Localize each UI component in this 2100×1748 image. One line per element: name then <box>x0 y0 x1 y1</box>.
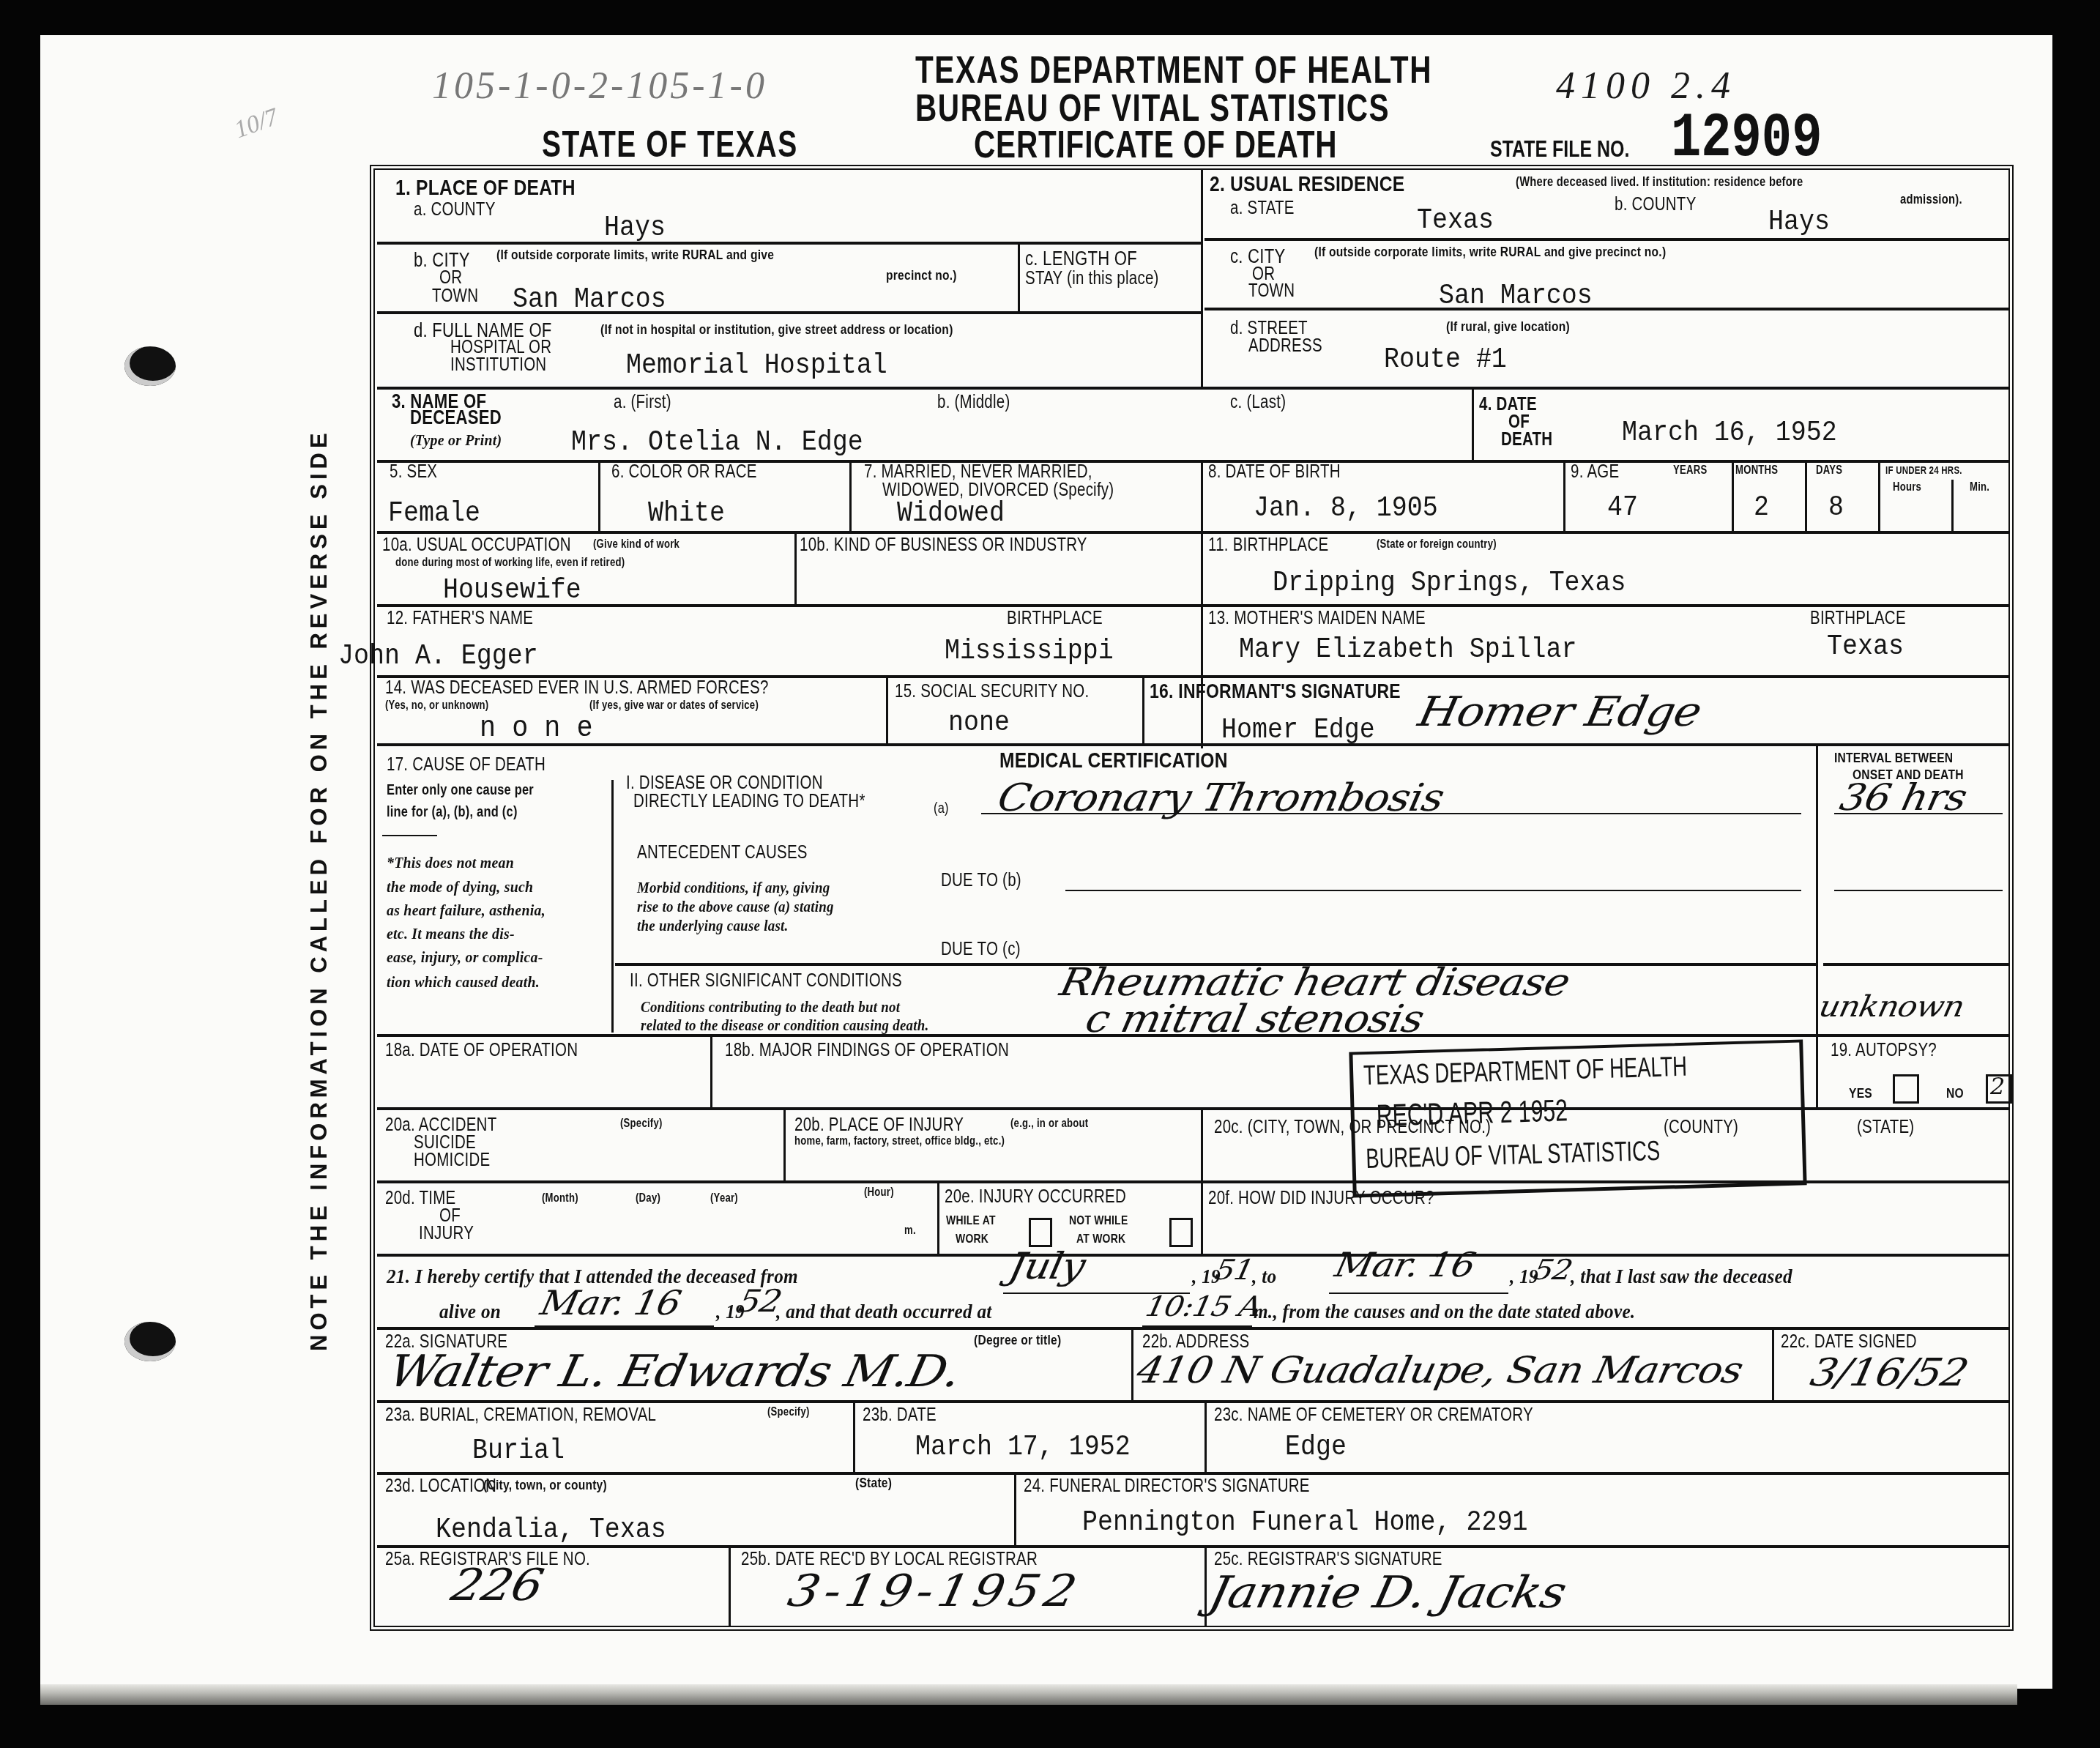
page-title: CERTIFICATE OF DEATH <box>974 123 1337 167</box>
morbid-hint: Morbid conditions, if any, giving <box>637 879 830 897</box>
burial-location-hint: (City, town, or county) <box>483 1478 607 1494</box>
other-conditions-value2: c mitral stenosis <box>1081 997 1427 1041</box>
residence-label: 2. USUAL RESIDENCE <box>1210 172 1404 197</box>
not-while-at-work-label: NOT WHILE <box>1069 1213 1128 1228</box>
place-of-death-label: 1. PLACE OF DEATH <box>395 176 576 201</box>
mother-birthplace-label: BIRTHPLACE <box>1810 608 1906 629</box>
certify-line2-d: m., from the causes and on the date stat… <box>1254 1301 1635 1324</box>
cause-hint2: line for (a), (b), and (c) <box>387 804 518 821</box>
mother-name-value: Mary Elizabeth Spillar <box>1239 634 1577 666</box>
length-of-stay-label: c. LENGTH OF <box>1025 248 1137 270</box>
death-city-hint: (If outside corporate limits, write RURA… <box>496 248 774 264</box>
injury-place-hint2: home, farm, factory, street, office bldg… <box>794 1135 1005 1148</box>
cause-a-value: Coronary Thrombosis <box>994 776 1448 820</box>
morbid-hint2: rise to the above cause (a) stating <box>637 898 834 916</box>
street-address-value: Route #1 <box>1384 344 1507 376</box>
death-county-label: a. COUNTY <box>414 199 496 220</box>
degree-title-label: (Degree or title) <box>974 1333 1061 1349</box>
injury-type-specify: (Specify) <box>620 1117 663 1131</box>
age-months-value: 2 <box>1754 492 1769 524</box>
injury-m-label: m. <box>904 1224 916 1238</box>
ssn-value: none <box>948 707 1010 739</box>
reverse-side-note: NOTE THE INFORMATION CALLED FOR ON THE R… <box>306 428 332 1351</box>
burial-date-value: March 17, 1952 <box>915 1432 1131 1463</box>
punch-hole-top <box>124 346 176 386</box>
sex-label: 5. SEX <box>390 461 437 483</box>
certify-line1-e: , that I last saw the deceased <box>1571 1265 1792 1289</box>
injury-year-label: (Year) <box>710 1192 738 1205</box>
cause-note-4: etc. It means the dis- <box>387 924 515 943</box>
autopsy-yes-checkbox[interactable] <box>1893 1074 1919 1104</box>
date-of-death-label3: DEATH <box>1501 429 1552 450</box>
street-address-label2: ADDRESS <box>1248 335 1322 357</box>
registrar-file-value: 226 <box>447 1560 548 1611</box>
injury-occurred-label: 20e. INJURY OCCURRED <box>945 1186 1126 1208</box>
burial-state-hint: (State) <box>855 1476 892 1492</box>
injury-type-label3: HOMICIDE <box>414 1150 490 1171</box>
last-name-label: c. (Last) <box>1230 392 1286 413</box>
mother-birthplace-value: Texas <box>1827 631 1904 663</box>
middle-name-label: b. (Middle) <box>937 392 1010 413</box>
burial-location-label: 23d. LOCATION <box>385 1476 496 1497</box>
residence-city-value: San Marcos <box>1439 280 1593 312</box>
certify-line1-c: , to <box>1252 1265 1276 1289</box>
occupation-label: 10a. USUAL OCCUPATION <box>382 535 571 556</box>
certify-line2-a: alive on <box>439 1301 501 1324</box>
age-years-value: 47 <box>1607 492 1638 524</box>
date-signed-label: 22c. DATE SIGNED <box>1781 1331 1917 1353</box>
operation-findings-label: 18b. MAJOR FINDINGS OF OPERATION <box>725 1040 1009 1061</box>
operation-date-label: 18a. DATE OF OPERATION <box>385 1040 578 1061</box>
age-days-label: DAYS <box>1816 464 1842 477</box>
injury-place-label: 20b. PLACE OF INJURY <box>794 1115 964 1136</box>
other-conditions-label: II. OTHER SIGNIFICANT CONDITIONS <box>630 970 902 992</box>
handwritten-reference: 4100 2.4 <box>1556 64 1736 108</box>
hours-label: Hours <box>1893 481 1921 494</box>
residence-state-value: Texas <box>1417 205 1494 237</box>
institution-value: Memorial Hospital <box>626 350 887 382</box>
date-of-birth-value: Jan. 8, 1905 <box>1254 493 1438 524</box>
street-address-hint: (If rural, give location) <box>1446 319 1570 335</box>
certify-line2-c: , and that death occurred at <box>776 1301 992 1324</box>
residence-city-hint: (If outside corporate limits, write RURA… <box>1314 245 1666 261</box>
physician-address-value: 410 N Guadalupe, San Marcos <box>1133 1349 1747 1391</box>
check-mark-icon: 2 <box>1990 1072 2005 1100</box>
institution-label3: INSTITUTION <box>450 354 546 376</box>
header-state: STATE OF TEXAS <box>542 123 798 165</box>
residence-county-value: Hays <box>1768 207 1830 238</box>
father-name-value: John A. Egger <box>338 641 538 672</box>
residence-city-label-town: TOWN <box>1248 280 1295 302</box>
medical-certification-title: MEDICAL CERTIFICATION <box>999 748 1228 773</box>
attended-from-year: 51 <box>1213 1254 1256 1286</box>
cause-note-6: tion which caused death. <box>387 972 540 992</box>
state-file-label: STATE FILE NO. <box>1490 135 1629 163</box>
while-at-work-label: WHILE AT <box>946 1213 996 1228</box>
interval-label: INTERVAL BETWEEN <box>1834 751 1953 767</box>
funeral-director-label: 24. FUNERAL DIRECTOR'S SIGNATURE <box>1024 1476 1310 1497</box>
header-department: TEXAS DEPARTMENT OF HEALTH <box>915 48 1432 92</box>
birthplace-hint: (State or foreign country) <box>1377 538 1497 551</box>
under-24-label: IF UNDER 24 HRS. <box>1885 464 1962 476</box>
death-time-value: 10:15 A <box>1143 1290 1265 1323</box>
autopsy-no-checkbox[interactable]: 2 <box>1986 1074 2012 1104</box>
last-seen-date: Mar. 16 <box>537 1283 685 1323</box>
burial-type-value: Burial <box>472 1435 565 1467</box>
injury-hour-label: (Hour) <box>864 1186 894 1200</box>
registrar-signature: Jannie D. Jacks <box>1204 1567 1571 1618</box>
due-to-b-label: DUE TO (b) <box>941 870 1021 891</box>
morbid-hint3: the underlying cause last. <box>637 917 789 935</box>
injury-state-label: (STATE) <box>1857 1117 1914 1138</box>
burial-date-label: 23b. DATE <box>863 1405 937 1426</box>
cause-note-3: as heart failure, asthenia, <box>387 901 546 920</box>
state-file-number: 12909 <box>1671 103 1822 174</box>
armed-forces-hint: (Yes, no, or unknown) <box>385 699 488 713</box>
birthplace-label: 11. BIRTHPLACE <box>1208 535 1328 556</box>
not-while-at-work-checkbox[interactable] <box>1169 1218 1193 1247</box>
autopsy-yes-label: YES <box>1849 1086 1872 1102</box>
not-while-at-work-label2: AT WORK <box>1076 1232 1125 1246</box>
interval-other-value: unknown <box>1816 990 1967 1024</box>
autopsy-label: 19. AUTOPSY? <box>1831 1040 1937 1061</box>
while-at-work-label2: WORK <box>956 1232 988 1246</box>
physician-signature: Walter L. Edwards M.D. <box>384 1346 964 1397</box>
burial-location-value: Kendalia, Texas <box>436 1514 666 1546</box>
ssn-label: 15. SOCIAL SECURITY NO. <box>895 681 1089 702</box>
attended-to-year: 52 <box>1531 1254 1575 1286</box>
first-name-label: a. (First) <box>614 392 671 413</box>
injury-month-label: (Month) <box>542 1192 578 1205</box>
race-label: 6. COLOR OR RACE <box>611 461 757 483</box>
how-injury-label: 20f. HOW DID INJURY OCCUR? <box>1208 1188 1434 1209</box>
institution-hint: (If not in hospital or institution, give… <box>600 322 953 338</box>
burial-type-label: 23a. BURIAL, CREMATION, REMOVAL <box>385 1405 656 1426</box>
other-conditions-hint2: related to the disease or condition caus… <box>641 1016 929 1035</box>
armed-forces-label: 14. WAS DECEASED EVER IN U.S. ARMED FORC… <box>385 677 769 699</box>
due-to-c-label: DUE TO (c) <box>941 939 1021 960</box>
age-label: 9. AGE <box>1571 461 1619 483</box>
occupation-hint: (Give kind of work <box>593 538 679 551</box>
armed-forces-value: n o n e <box>480 713 593 745</box>
injury-county-label: (COUNTY) <box>1664 1117 1738 1138</box>
age-years-label: YEARS <box>1673 464 1707 477</box>
attended-to-date: Mar. 16 <box>1332 1245 1479 1284</box>
injury-day-label: (Day) <box>636 1192 660 1205</box>
cemetery-value: Edge <box>1285 1432 1347 1463</box>
autopsy-no-label: NO <box>1946 1086 1964 1102</box>
informant-signature: Homer Edge <box>1414 688 1705 736</box>
age-months-label: MONTHS <box>1735 464 1778 477</box>
father-name-label: 12. FATHER'S NAME <box>387 608 533 629</box>
armed-forces-hint2: (If yes, give war or dates of service) <box>589 699 759 713</box>
cause-of-death-label: 17. CAUSE OF DEATH <box>387 754 546 776</box>
father-birthplace-value: Mississippi <box>945 636 1114 667</box>
residence-hint2: admission). <box>1900 192 1962 207</box>
cause-note-2: the mode of dying, such <box>387 877 533 896</box>
cause-hint: Enter only one cause per <box>387 782 534 799</box>
stamp-bureau: BUREAU OF VITAL STATISTICS <box>1366 1136 1661 1175</box>
disease-condition-label2: DIRECTLY LEADING TO DEATH* <box>633 791 865 812</box>
date-received-value: 3-19-1952 <box>783 1566 1086 1617</box>
date-signed-value: 3/16/52 <box>1806 1351 1972 1395</box>
deceased-name-value: Mrs. Otelia N. Edge <box>571 427 863 458</box>
punch-hole-bottom <box>124 1322 176 1361</box>
injury-time-label3: INJURY <box>419 1223 474 1244</box>
occupation-hint2: done during most of working life, even i… <box>395 557 625 570</box>
father-birthplace-label: BIRTHPLACE <box>1007 608 1103 629</box>
date-of-death-value: March 16, 1952 <box>1622 417 1837 449</box>
age-days-value: 8 <box>1828 492 1844 524</box>
while-at-work-checkbox[interactable] <box>1029 1218 1052 1247</box>
stamp-department: TEXAS DEPARTMENT OF HEALTH <box>1363 1052 1688 1092</box>
antecedent-causes-label: ANTECEDENT CAUSES <box>637 842 808 863</box>
cause-note-5: ease, injury, or complica- <box>387 948 543 967</box>
cemetery-label: 23c. NAME OF CEMETERY OR CREMATORY <box>1214 1405 1533 1426</box>
death-county-value: Hays <box>604 212 666 244</box>
funeral-director-value: Pennington Funeral Home, 2291 <box>1082 1507 1527 1539</box>
residence-county-label: b. COUNTY <box>1615 194 1697 215</box>
handwritten-file-code: 105-1-0-2-105-1-0 <box>432 64 767 108</box>
other-conditions-hint: Conditions contributing to the death but… <box>641 998 900 1016</box>
birthplace-value: Dripping Springs, Texas <box>1273 568 1626 599</box>
mother-name-label: 13. MOTHER'S MAIDEN NAME <box>1208 608 1426 629</box>
business-label: 10b. KIND OF BUSINESS OR INDUSTRY <box>800 535 1087 556</box>
informant-value: Homer Edge <box>1221 715 1375 746</box>
residence-state-label: a. STATE <box>1230 198 1295 219</box>
cause-note-1: *This does not mean <box>387 853 514 872</box>
race-value: White <box>648 498 725 529</box>
residence-hint: (Where deceased lived. If institution: r… <box>1516 174 1803 190</box>
sex-value: Female <box>388 498 480 529</box>
date-of-birth-label: 8. DATE OF BIRTH <box>1208 461 1341 483</box>
burial-type-specify: (Specify) <box>767 1406 810 1419</box>
death-city-label-town: TOWN <box>432 286 478 307</box>
minutes-label: Min. <box>1970 481 1989 494</box>
attended-from-month: July <box>1005 1245 1089 1287</box>
injury-city-label: 20c. (CITY, TOWN, OR PRECINCT NO.) <box>1214 1117 1491 1138</box>
paper-edge <box>40 1684 2017 1705</box>
marital-value: Widowed <box>897 498 1005 529</box>
length-of-stay-label2: STAY (in this place) <box>1025 268 1159 289</box>
injury-place-hint: (e.g., in or about <box>1010 1117 1088 1131</box>
death-city-hint2: precinct no.) <box>886 268 957 284</box>
informant-label: 16. INFORMANT'S SIGNATURE <box>1150 680 1401 703</box>
death-city-value: San Marcos <box>513 284 666 316</box>
cause-a-marker: (a) <box>934 800 949 817</box>
deceased-name-hint: (Type or Print) <box>410 431 502 450</box>
deceased-name-label2: DECEASED <box>410 406 502 429</box>
occupation-value: Housewife <box>443 575 581 606</box>
